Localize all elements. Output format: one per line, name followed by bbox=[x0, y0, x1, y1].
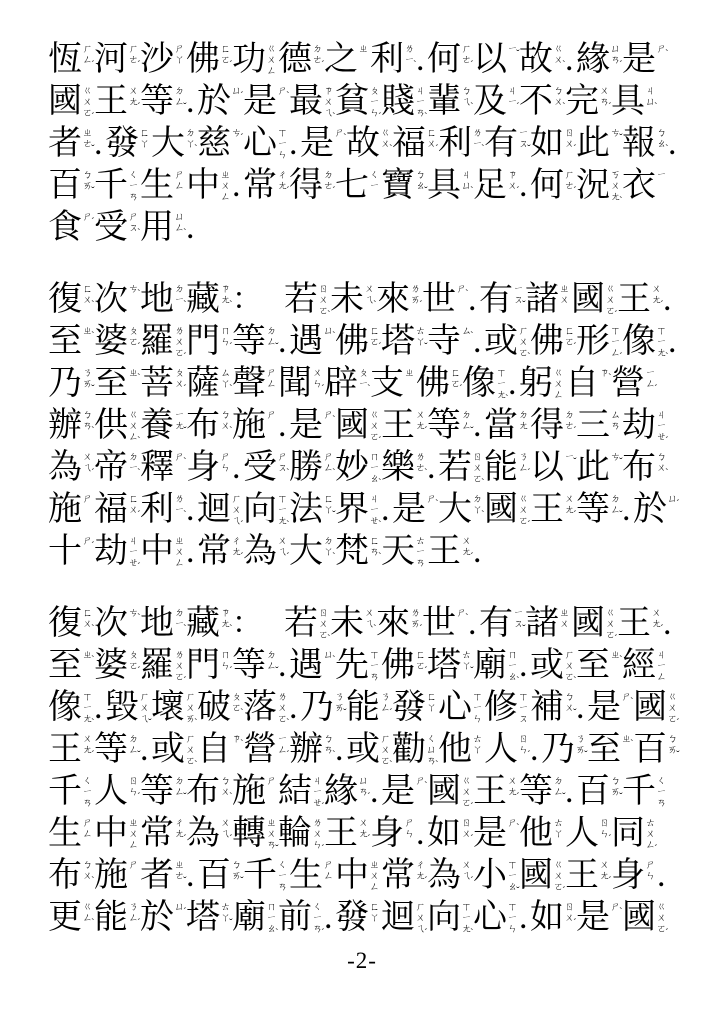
main-char: 是 bbox=[300, 124, 334, 164]
zhuyin-column: ㄊㄚ bbox=[553, 819, 564, 841]
char-unit: 賤ㄐㄧㄢˋ bbox=[381, 82, 426, 122]
tone-mark: ˇ bbox=[229, 918, 233, 929]
char-unit: 大ㄉㄚˋ bbox=[289, 532, 334, 572]
zhuyin-column: ㄍㄨˋ bbox=[553, 45, 564, 67]
zhuyin-column: ㄕㄥ bbox=[82, 819, 93, 841]
main-char: 佛 bbox=[186, 40, 220, 80]
tone-mark: ˊ bbox=[389, 708, 393, 719]
zhuyin-symbol: ㄥ bbox=[129, 841, 139, 852]
char-unit: 施ㄕ bbox=[232, 406, 277, 446]
tone-mark: ˋ bbox=[137, 436, 141, 447]
zhuyin-column: ㄌㄨㄛˋ bbox=[277, 693, 288, 725]
zhuyin-column: ㄕˋ bbox=[656, 45, 667, 56]
main-char: 向 bbox=[427, 898, 461, 938]
main-char: 千 bbox=[94, 166, 128, 206]
zhuyin-column: ㄐㄩˋ bbox=[461, 171, 472, 193]
char-unit: 用ㄩㄥˋ bbox=[140, 208, 185, 248]
main-char: 毀 bbox=[105, 688, 139, 728]
main-char: 或 bbox=[484, 322, 518, 362]
char-unit: 王ㄨㄤˊ bbox=[381, 406, 426, 446]
zhuyin-symbol: ㄢ bbox=[83, 799, 93, 810]
char-unit: 營ㄧㄥˊ bbox=[611, 364, 656, 404]
char-unit: 毀ㄏㄨㄟˇ bbox=[105, 688, 150, 728]
zhuyin-symbol: ㄨ bbox=[267, 56, 277, 67]
main-char: 乃 bbox=[48, 364, 82, 404]
zhuyin-column: ㄘˋ bbox=[128, 285, 139, 296]
char-unit: 福ㄈㄨˊ bbox=[392, 124, 437, 164]
tone-mark: ˊ bbox=[614, 310, 618, 321]
char-unit: 經ㄐㄧㄥ bbox=[622, 646, 667, 686]
zhuyin-column: ㄕㄣ bbox=[220, 453, 231, 475]
tone-mark: ˋ bbox=[137, 228, 141, 239]
tone-mark: ˊ bbox=[240, 552, 244, 563]
zhuyin-column: ㄈㄚˇ bbox=[323, 495, 334, 517]
char-unit: 地ㄉㄧˋ bbox=[140, 604, 185, 644]
char-unit: 輩ㄅㄟˋ bbox=[427, 82, 472, 122]
tone-mark: ˊ bbox=[240, 520, 244, 531]
char-unit: 國ㄍㄨㄛˊ bbox=[633, 688, 678, 728]
text-body: 恆ㄏㄥˊ河ㄏㄜˊ沙ㄕㄚ佛ㄈㄛˊ功ㄍㄨㄥ德ㄉㄜˊ之ㄓ利ㄌㄧˋ.何ㄏㄜˊ以ㄧˇ故ㄍㄨ… bbox=[48, 40, 678, 940]
main-char: 妙 bbox=[335, 448, 369, 488]
zhuyin-column: ㄖㄨㄛˋ bbox=[318, 609, 329, 641]
zhuyin-symbol: ㄨ bbox=[232, 506, 242, 517]
tone-mark: ˊ bbox=[91, 60, 95, 71]
zhuyin-symbol: ㄧ bbox=[370, 464, 380, 475]
char-unit: 大ㄉㄚˋ bbox=[438, 490, 483, 530]
tone-mark: ˇ bbox=[183, 792, 187, 803]
main-char: 壞 bbox=[151, 688, 185, 728]
zhuyin-column: ㄕˋ bbox=[174, 453, 185, 464]
char-unit: 法ㄈㄚˇ bbox=[289, 490, 334, 530]
char-unit: 發ㄈㄚ bbox=[392, 688, 437, 728]
main-char: 如 bbox=[530, 898, 564, 938]
punctuation-mark: ： bbox=[232, 604, 258, 644]
main-char: 大 bbox=[151, 124, 185, 164]
tone-mark: ˋ bbox=[435, 760, 439, 771]
zhuyin-column: ㄆㄛˊ bbox=[128, 327, 139, 349]
char-unit: 利ㄌㄧˋ bbox=[438, 124, 483, 164]
zhuyin-column: ㄅㄞˇ bbox=[667, 735, 678, 757]
tone-mark: ˊ bbox=[654, 844, 658, 855]
zhuyin-symbol: ㄚ bbox=[427, 704, 437, 715]
main-char: 等 bbox=[232, 646, 266, 686]
char-unit: 樂ㄌㄜˋ bbox=[381, 448, 426, 488]
zhuyin-column: ㄕㄥ bbox=[174, 171, 185, 193]
char-unit: 壞ㄏㄨㄞˋ bbox=[151, 688, 196, 728]
zhuyin-column: ㄍㄨㄛˊ bbox=[605, 285, 616, 317]
zhuyin-column: ㄔㄤˊ bbox=[415, 861, 426, 883]
zhuyin-column: ㄐㄧㄝˊ bbox=[656, 411, 667, 443]
main-char: 次 bbox=[94, 604, 128, 644]
page-number: -2- bbox=[0, 948, 724, 974]
main-char: 勝 bbox=[289, 448, 323, 488]
zhuyin-column: ㄕˊ bbox=[82, 537, 93, 548]
main-char: 乃 bbox=[300, 688, 334, 728]
zhuyin-column: ㄓˋ bbox=[82, 651, 93, 662]
zhuyin-column: ㄕㄥ bbox=[266, 369, 277, 391]
char-unit: 營ㄧㄥˊ bbox=[243, 730, 288, 770]
zhuyin-column: ㄐㄧㄥ bbox=[656, 651, 667, 683]
zhuyin-symbol: ㄢ bbox=[611, 422, 621, 433]
main-char: 廟 bbox=[232, 898, 266, 938]
char-unit: 為ㄨㄟˊ bbox=[186, 814, 231, 854]
text-line: 復ㄈㄨˋ次ㄘˋ地ㄉㄧˋ藏ㄗㄤˋ：若ㄖㄨㄛˋ未ㄨㄟˋ來ㄌㄞˊ世ㄕˋ.有ㄧㄡˇ諸ㄓㄨ… bbox=[48, 280, 678, 322]
zhuyin-symbol: ㄧ bbox=[508, 872, 518, 883]
char-unit: 具ㄐㄩˋ bbox=[611, 82, 656, 122]
char-unit: 像ㄒㄧㄤˋ bbox=[622, 322, 667, 362]
main-char: 賤 bbox=[381, 82, 415, 122]
main-char: 身 bbox=[186, 448, 220, 488]
zhuyin-column: ㄈㄚ bbox=[139, 129, 150, 151]
zhuyin-column: ㄕˋ bbox=[456, 609, 467, 620]
tone-mark: ˋ bbox=[194, 144, 198, 155]
main-char: 不 bbox=[519, 82, 553, 122]
char-unit: 七ㄑㄧ bbox=[335, 166, 380, 206]
zhuyin-column: ㄉㄜˊ bbox=[312, 45, 323, 67]
text-line: 復ㄈㄨˋ次ㄘˋ地ㄉㄧˋ藏ㄗㄤˋ：若ㄖㄨㄛˋ未ㄨㄟˋ來ㄌㄞˊ世ㄕˋ.有ㄧㄡˇ諸ㄓㄨ… bbox=[48, 604, 678, 646]
tone-mark: ˊ bbox=[91, 541, 95, 552]
zhuyin-column: ㄨㄟˊ bbox=[277, 537, 288, 559]
char-unit: 天ㄊㄧㄢ bbox=[381, 532, 426, 572]
main-char: 身 bbox=[370, 814, 404, 854]
tone-mark: ˊ bbox=[665, 928, 669, 939]
char-unit: 輪ㄌㄨㄣˊ bbox=[278, 814, 323, 854]
main-char: 辦 bbox=[48, 406, 82, 446]
tone-mark: ˇ bbox=[584, 750, 588, 761]
main-char: 用 bbox=[140, 208, 174, 248]
main-char: 何 bbox=[530, 166, 564, 206]
tone-mark: ˇ bbox=[619, 792, 623, 803]
char-unit: 寺ㄙˋ bbox=[427, 322, 472, 362]
tone-mark: ˋ bbox=[413, 60, 417, 71]
tone-mark: ˇ bbox=[573, 457, 577, 468]
main-char: 中 bbox=[335, 856, 369, 896]
zhuyin-symbol: ㄣ bbox=[405, 830, 415, 841]
main-char: 受 bbox=[94, 208, 128, 248]
text-line: 乃ㄋㄞˇ至ㄓˋ菩ㄆㄨˊ薩ㄙㄚˋ聲ㄕㄥ聞ㄨㄣˊ辟ㄆㄧˋ支ㄓ佛ㄈㄛˊ像ㄒㄧㄤˋ.躬ㄍ… bbox=[48, 364, 678, 406]
main-char: 布 bbox=[186, 406, 220, 446]
tone-mark: ˇ bbox=[332, 510, 336, 521]
char-unit: 等ㄉㄥˇ bbox=[232, 322, 277, 362]
zhuyin-column: ㄈㄚ bbox=[426, 693, 437, 715]
main-char: 施 bbox=[48, 490, 82, 530]
tone-mark: ˊ bbox=[573, 426, 577, 437]
zhuyin-column: ㄆㄧˋ bbox=[358, 369, 369, 391]
zhuyin-column: ㄉㄚˋ bbox=[472, 495, 483, 517]
tone-mark: ˊ bbox=[229, 666, 233, 677]
main-char: 界 bbox=[335, 490, 369, 530]
tone-mark: ˋ bbox=[619, 655, 623, 666]
tone-mark: ˇ bbox=[91, 144, 95, 155]
zhuyin-column: ㄕ bbox=[266, 777, 277, 788]
tone-mark: ˋ bbox=[137, 468, 141, 479]
tone-mark: ˇ bbox=[275, 666, 279, 677]
main-char: 得 bbox=[530, 406, 564, 446]
char-unit: 布ㄅㄨˋ bbox=[48, 856, 93, 896]
zhuyin-column: ㄩˊ bbox=[667, 495, 678, 506]
zhuyin-column: ㄒㄧㄣ bbox=[277, 129, 288, 161]
zhuyin-column: ㄘˊ bbox=[231, 129, 242, 140]
zhuyin-column: ㄅㄠˋ bbox=[656, 129, 667, 151]
tone-mark: ˋ bbox=[665, 468, 669, 479]
tone-mark: ˊ bbox=[137, 666, 141, 677]
zhuyin-column: ㄅㄠˇ bbox=[415, 171, 426, 193]
zhuyin-column: ㄍㄥˋ bbox=[82, 903, 93, 925]
zhuyin-symbol: ㄚ bbox=[473, 746, 483, 757]
tone-mark: ˋ bbox=[91, 918, 95, 929]
punctuation-mark: . bbox=[278, 406, 289, 446]
tone-mark: ˇ bbox=[527, 144, 531, 155]
zhuyin-symbol: ㄨ bbox=[519, 338, 529, 349]
main-char: 是 bbox=[587, 688, 621, 728]
tone-mark: ˋ bbox=[286, 520, 290, 531]
tone-mark: ˋ bbox=[286, 91, 290, 102]
zhuyin-symbol: ㄚ bbox=[140, 140, 150, 151]
zhuyin-column: ㄕ bbox=[128, 861, 139, 872]
main-char: 福 bbox=[392, 124, 426, 164]
char-unit: 生ㄕㄥ bbox=[48, 814, 93, 854]
tone-mark: ˋ bbox=[91, 718, 95, 729]
tone-mark: ˇ bbox=[619, 510, 623, 521]
punctuation-mark: . bbox=[468, 280, 479, 320]
char-unit: 以ㄧˇ bbox=[473, 40, 518, 80]
zhuyin-column: ㄉㄚˋ bbox=[185, 129, 196, 151]
char-unit: 劫ㄐㄧㄝˊ bbox=[622, 406, 667, 446]
tone-mark: ˊ bbox=[378, 112, 382, 123]
tone-mark: ˋ bbox=[619, 907, 623, 918]
char-unit: 如ㄖㄨˊ bbox=[530, 898, 575, 938]
main-char: 塔 bbox=[427, 646, 461, 686]
text-line: 食ㄕˊ受ㄕㄡˋ用ㄩㄥˋ. bbox=[48, 208, 678, 250]
main-char: 或 bbox=[530, 646, 564, 686]
char-unit: 得ㄉㄜˊ bbox=[289, 166, 334, 206]
char-unit: 他ㄊㄚ bbox=[519, 814, 564, 854]
zhuyin-symbol: ㄣ bbox=[473, 715, 483, 726]
zhuyin-symbol: ㄧ bbox=[313, 914, 323, 925]
main-char: 或 bbox=[346, 730, 380, 770]
tone-mark: ˋ bbox=[470, 331, 474, 342]
tone-mark: ˋ bbox=[373, 300, 377, 311]
zhuyin-column: ㄉㄥˇ bbox=[266, 651, 277, 673]
char-unit: 國ㄍㄨㄛˊ bbox=[622, 898, 667, 938]
tone-mark: ˋ bbox=[516, 823, 520, 834]
zhuyin-column: ㄊㄧㄢ bbox=[415, 537, 426, 569]
tone-mark: ˊ bbox=[240, 133, 244, 144]
tone-mark: ˊ bbox=[419, 300, 423, 311]
tone-mark: ˇ bbox=[91, 186, 95, 197]
main-char: 心 bbox=[473, 898, 507, 938]
tone-mark: ˋ bbox=[373, 624, 377, 635]
char-unit: 利ㄌㄧˋ bbox=[140, 490, 185, 530]
zhuyin-column: ㄨㄤˊ bbox=[651, 285, 662, 307]
tone-mark: ˊ bbox=[676, 718, 680, 729]
zhuyin-column: ㄏㄨㄟˊ bbox=[415, 903, 426, 935]
zhuyin-column: ㄩˋ bbox=[323, 651, 334, 662]
tone-mark: ˋ bbox=[465, 289, 469, 300]
zhuyin-column: ㄋㄥˊ bbox=[518, 453, 529, 475]
zhuyin-column: ㄋㄞˇ bbox=[575, 735, 586, 757]
char-unit: 緣ㄩㄢˊ bbox=[576, 40, 621, 80]
char-unit: 復ㄈㄨˋ bbox=[48, 280, 93, 320]
main-char: 若 bbox=[284, 604, 318, 644]
char-unit: 他ㄊㄚ bbox=[438, 730, 483, 770]
zhuyin-symbol: ㄨ bbox=[473, 464, 483, 475]
paragraph: 復ㄈㄨˋ次ㄘˋ地ㄉㄧˋ藏ㄗㄤˋ：若ㄖㄨㄛˋ未ㄨㄟˋ來ㄌㄞˊ世ㄕˋ.有ㄧㄡˇ諸ㄓㄨ… bbox=[48, 604, 678, 940]
zhuyin-symbol: ㄥ bbox=[370, 883, 380, 894]
zhuyin-column: ㄋㄞˇ bbox=[82, 369, 93, 391]
main-char: 身 bbox=[611, 856, 645, 896]
zhuyin-symbol: ㄣ bbox=[508, 925, 518, 936]
punctuation-mark: . bbox=[186, 856, 197, 896]
zhuyin-symbol: ㄣ bbox=[278, 151, 288, 162]
main-char: 等 bbox=[427, 406, 461, 446]
zhuyin-column: ㄗㄤˋ bbox=[220, 285, 231, 307]
zhuyin-column: ㄩㄢˊ bbox=[358, 777, 369, 799]
char-unit: 國ㄍㄨㄛˊ bbox=[484, 490, 529, 530]
main-char: 遇 bbox=[289, 322, 323, 362]
zhuyin-column: ㄨㄤˊ bbox=[651, 609, 662, 631]
zhuyin-symbol: ㄧ bbox=[313, 788, 323, 799]
tone-mark: ˋ bbox=[619, 196, 623, 207]
tone-mark: ˋ bbox=[183, 228, 187, 239]
zhuyin-symbol: ㄧ bbox=[416, 548, 426, 559]
char-unit: 千ㄑㄧㄢ bbox=[622, 772, 667, 812]
char-unit: 地ㄉㄧˋ bbox=[140, 280, 185, 320]
char-unit: 施ㄕ bbox=[48, 490, 93, 530]
char-unit: 中ㄓㄨㄥ bbox=[186, 166, 231, 206]
char-unit: 王ㄨㄤˊ bbox=[94, 82, 139, 122]
zhuyin-symbol: ㄨ bbox=[175, 548, 185, 559]
tone-mark: ˇ bbox=[183, 426, 187, 437]
tone-mark: ˇ bbox=[275, 342, 279, 353]
main-char: 小 bbox=[473, 856, 507, 896]
main-char: 劫 bbox=[622, 406, 656, 446]
zhuyin-symbol: ㄩ bbox=[427, 746, 437, 757]
tone-mark: ˋ bbox=[91, 624, 95, 635]
char-unit: 養ㄧㄤˇ bbox=[140, 406, 185, 446]
main-char: 沙 bbox=[140, 40, 174, 80]
zhuyin-column: ㄖㄣˊ bbox=[128, 777, 139, 799]
main-char: 世 bbox=[422, 604, 456, 644]
zhuyin-column: ㄆㄛˊ bbox=[128, 651, 139, 673]
char-unit: 施ㄕ bbox=[232, 772, 277, 812]
char-unit: 乃ㄋㄞˇ bbox=[300, 688, 345, 728]
main-char: 為 bbox=[243, 532, 277, 572]
char-unit: 帝ㄉㄧˋ bbox=[94, 448, 139, 488]
main-char: 至 bbox=[48, 322, 82, 362]
zhuyin-column: ㄑㄧㄢ bbox=[128, 171, 139, 203]
zhuyin-symbol: ㄨ bbox=[319, 620, 329, 631]
main-char: 地 bbox=[140, 280, 174, 320]
tone-mark: ˊ bbox=[183, 834, 187, 845]
tone-mark: ˋ bbox=[194, 718, 198, 729]
main-char: 貧 bbox=[335, 82, 369, 122]
tone-mark: ˋ bbox=[194, 760, 198, 771]
zhuyin-symbol: ㄡ bbox=[519, 715, 529, 726]
char-unit: 能ㄋㄥˊ bbox=[346, 688, 391, 728]
char-unit: 者ㄓㄜˇ bbox=[48, 124, 93, 164]
punctuation-mark: . bbox=[565, 772, 576, 812]
zhuyin-column: ㄅㄨˋ bbox=[656, 453, 667, 475]
tone-mark: ˊ bbox=[137, 562, 141, 573]
punctuation-mark: . bbox=[186, 82, 197, 122]
tone-mark: ˇ bbox=[522, 300, 526, 311]
main-char: 如 bbox=[427, 814, 461, 854]
zhuyin-column: ㄧㄥˊ bbox=[645, 369, 656, 391]
char-unit: 來ㄌㄞˊ bbox=[376, 604, 421, 644]
tone-mark: ˋ bbox=[505, 394, 509, 405]
tone-mark: ˊ bbox=[286, 186, 290, 197]
zhuyin-symbol: ㄨ bbox=[606, 296, 616, 307]
char-unit: 次ㄘˋ bbox=[94, 280, 139, 320]
char-unit: 辦ㄅㄢˋ bbox=[289, 730, 334, 770]
tone-mark: ˋ bbox=[630, 697, 634, 708]
tone-mark: ˇ bbox=[183, 876, 187, 887]
char-unit: 遇ㄩˋ bbox=[289, 646, 334, 686]
zhuyin-column: ㄎㄨㄤˋ bbox=[610, 171, 621, 203]
main-char: 同 bbox=[611, 814, 645, 854]
zhuyin-column: ㄇㄧㄠˋ bbox=[266, 903, 277, 935]
zhuyin-column: ㄧㄤˇ bbox=[174, 411, 185, 433]
zhuyin-column: ㄙㄢ bbox=[610, 411, 621, 433]
tone-mark: ˋ bbox=[91, 331, 95, 342]
zhuyin-symbol: ㄧ bbox=[129, 548, 139, 559]
zhuyin-symbol: ㄧ bbox=[83, 788, 93, 799]
zhuyin-column: ㄅㄞˇ bbox=[610, 777, 621, 799]
zhuyin-column: ㄏㄨㄛˋ bbox=[564, 651, 575, 683]
zhuyin-column: ㄏㄨㄞˋ bbox=[185, 693, 196, 725]
char-unit: 受ㄕㄡˋ bbox=[243, 448, 288, 488]
tone-mark: ˋ bbox=[654, 102, 658, 113]
main-char: 有 bbox=[479, 280, 513, 320]
zhuyin-column: ㄊㄚˇ bbox=[415, 327, 426, 349]
char-unit: 諸ㄓㄨ bbox=[525, 604, 570, 644]
zhuyin-column: ㄨㄤˊ bbox=[415, 411, 426, 433]
tone-mark: ˇ bbox=[148, 718, 152, 729]
zhuyin-column: ㄅㄨˇ bbox=[564, 693, 575, 715]
zhuyin-symbol: ㄧ bbox=[519, 704, 529, 715]
main-char: 塔 bbox=[381, 322, 415, 362]
main-char: 國 bbox=[633, 688, 667, 728]
char-unit: 布ㄅㄨˋ bbox=[622, 448, 667, 488]
zhuyin-symbol: ㄧ bbox=[370, 662, 380, 673]
char-unit: 門ㄇㄣˊ bbox=[186, 646, 231, 686]
zhuyin-column: ㄙˋ bbox=[461, 327, 472, 338]
tone-mark: ˋ bbox=[229, 792, 233, 803]
char-unit: 國ㄍㄨㄛˊ bbox=[335, 406, 380, 446]
main-char: 心 bbox=[243, 124, 277, 164]
zhuyin-symbol: ㄢ bbox=[278, 883, 288, 894]
main-char: 至 bbox=[587, 730, 621, 770]
zhuyin-column: ㄈㄨˋ bbox=[82, 609, 93, 631]
main-char: 至 bbox=[576, 646, 610, 686]
main-char: 地 bbox=[140, 604, 174, 644]
zhuyin-column: ㄋㄥˊ bbox=[380, 693, 391, 715]
tone-mark: ˊ bbox=[137, 342, 141, 353]
main-char: 形 bbox=[576, 322, 610, 362]
tone-mark: ˋ bbox=[367, 384, 371, 395]
tone-mark: ˊ bbox=[527, 520, 531, 531]
zhuyin-column: ㄅㄞˇ bbox=[82, 171, 93, 193]
zhuyin-symbol: ㄧ bbox=[657, 662, 667, 673]
char-unit: 緣ㄩㄢˊ bbox=[324, 772, 369, 812]
tone-mark: ˊ bbox=[516, 102, 520, 113]
tone-mark: ˋ bbox=[91, 655, 95, 666]
char-unit: 是ㄕˋ bbox=[622, 40, 667, 80]
main-char: 百 bbox=[48, 166, 82, 206]
punctuation-mark: . bbox=[416, 40, 427, 80]
main-char: 緣 bbox=[324, 772, 358, 812]
